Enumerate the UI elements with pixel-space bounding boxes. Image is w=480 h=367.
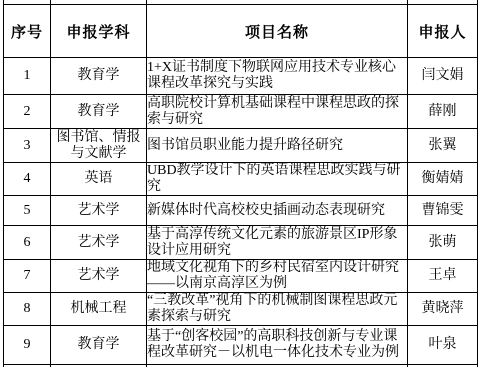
cell-discipline: 英语 [51,163,147,196]
table-row: 6 艺术学 基于高淳传统文化元素的旅游景区IP形象设计应用研究 张萌 [4,226,478,260]
cell-discipline: 艺术学 [51,196,147,226]
table-header-row: 序号 申报学科 项目名称 申报人 [4,5,478,58]
cell-applicant: 黄晓萍 [408,293,478,326]
table-row: 4 英语 UBD教学设计下的英语课程思政实践与研究 衡婧婧 [4,163,478,196]
header-discipline: 申报学科 [51,5,147,58]
table-row: 3 图书馆、情报与文献学 图书馆员职业能力提升路径研究 张翼 [4,129,478,163]
cell-serial: 1 [4,58,51,95]
cell-project: 1+X证书制度下物联网应用技术专业核心课程改革探究与实践 [147,58,408,95]
cell-serial: 3 [4,129,51,163]
cell-serial: 7 [4,260,51,293]
table-row: 9 教育学 基于“创客校园”的高职科技创新与专业课程改革研究－以机电一体化技术专… [4,326,478,365]
cell-discipline: 教育学 [51,58,147,95]
cell-discipline: 教育学 [51,326,147,365]
cell-applicant: 薛刚 [408,95,478,129]
cell-applicant: 叶泉 [408,326,478,365]
cell-project: 基于高淳传统文化元素的旅游景区IP形象设计应用研究 [147,226,408,260]
table-row: 8 机械工程 “三教改革”视角下的机械制图课程思政元素探索与研究 黄晓萍 [4,293,478,326]
document-page: 序号 申报学科 项目名称 申报人 1 教育学 1+X证书制度下物联网应用技术专业… [0,0,480,367]
cell-project: 图书馆员职业能力提升路径研究 [147,129,408,163]
cell-project: 新媒体时代高校校史插画动态表现研究 [147,196,408,226]
cell-applicant: 衡婧婧 [408,163,478,196]
cell-discipline: 教育学 [51,95,147,129]
table-row: 2 教育学 高职院校计算机基础课程中课程思政的探索与研究 薛刚 [4,95,478,129]
cell-project: “三教改革”视角下的机械制图课程思政元素探索与研究 [147,293,408,326]
table-row: 5 艺术学 新媒体时代高校校史插画动态表现研究 曹锦雯 [4,196,478,226]
cell-applicant: 王卓 [408,260,478,293]
table-row: 1 教育学 1+X证书制度下物联网应用技术专业核心课程改革探究与实践 闫文娟 [4,58,478,95]
cell-applicant: 曹锦雯 [408,196,478,226]
header-serial: 序号 [4,5,51,58]
cell-applicant: 张萌 [408,226,478,260]
cell-project: 地域文化视角下的乡村民宿室内设计研究——以南京高淳区为例 [147,260,408,293]
header-project: 项目名称 [147,5,408,58]
cell-serial: 6 [4,226,51,260]
projects-table: 序号 申报学科 项目名称 申报人 1 教育学 1+X证书制度下物联网应用技术专业… [3,0,478,367]
cell-serial: 2 [4,95,51,129]
header-applicant: 申报人 [408,5,478,58]
cell-discipline: 艺术学 [51,260,147,293]
cell-discipline: 艺术学 [51,226,147,260]
cell-project: UBD教学设计下的英语课程思政实践与研究 [147,163,408,196]
cell-project: 高职院校计算机基础课程中课程思政的探索与研究 [147,95,408,129]
cell-discipline: 机械工程 [51,293,147,326]
cell-serial: 5 [4,196,51,226]
cell-discipline: 图书馆、情报与文献学 [51,129,147,163]
cell-serial: 8 [4,293,51,326]
cell-serial: 4 [4,163,51,196]
cell-applicant: 闫文娟 [408,58,478,95]
table-row: 7 艺术学 地域文化视角下的乡村民宿室内设计研究——以南京高淳区为例 王卓 [4,260,478,293]
cell-applicant: 张翼 [408,129,478,163]
cell-serial: 9 [4,326,51,365]
cell-project: 基于“创客校园”的高职科技创新与专业课程改革研究－以机电一体化技术专业为例 [147,326,408,365]
